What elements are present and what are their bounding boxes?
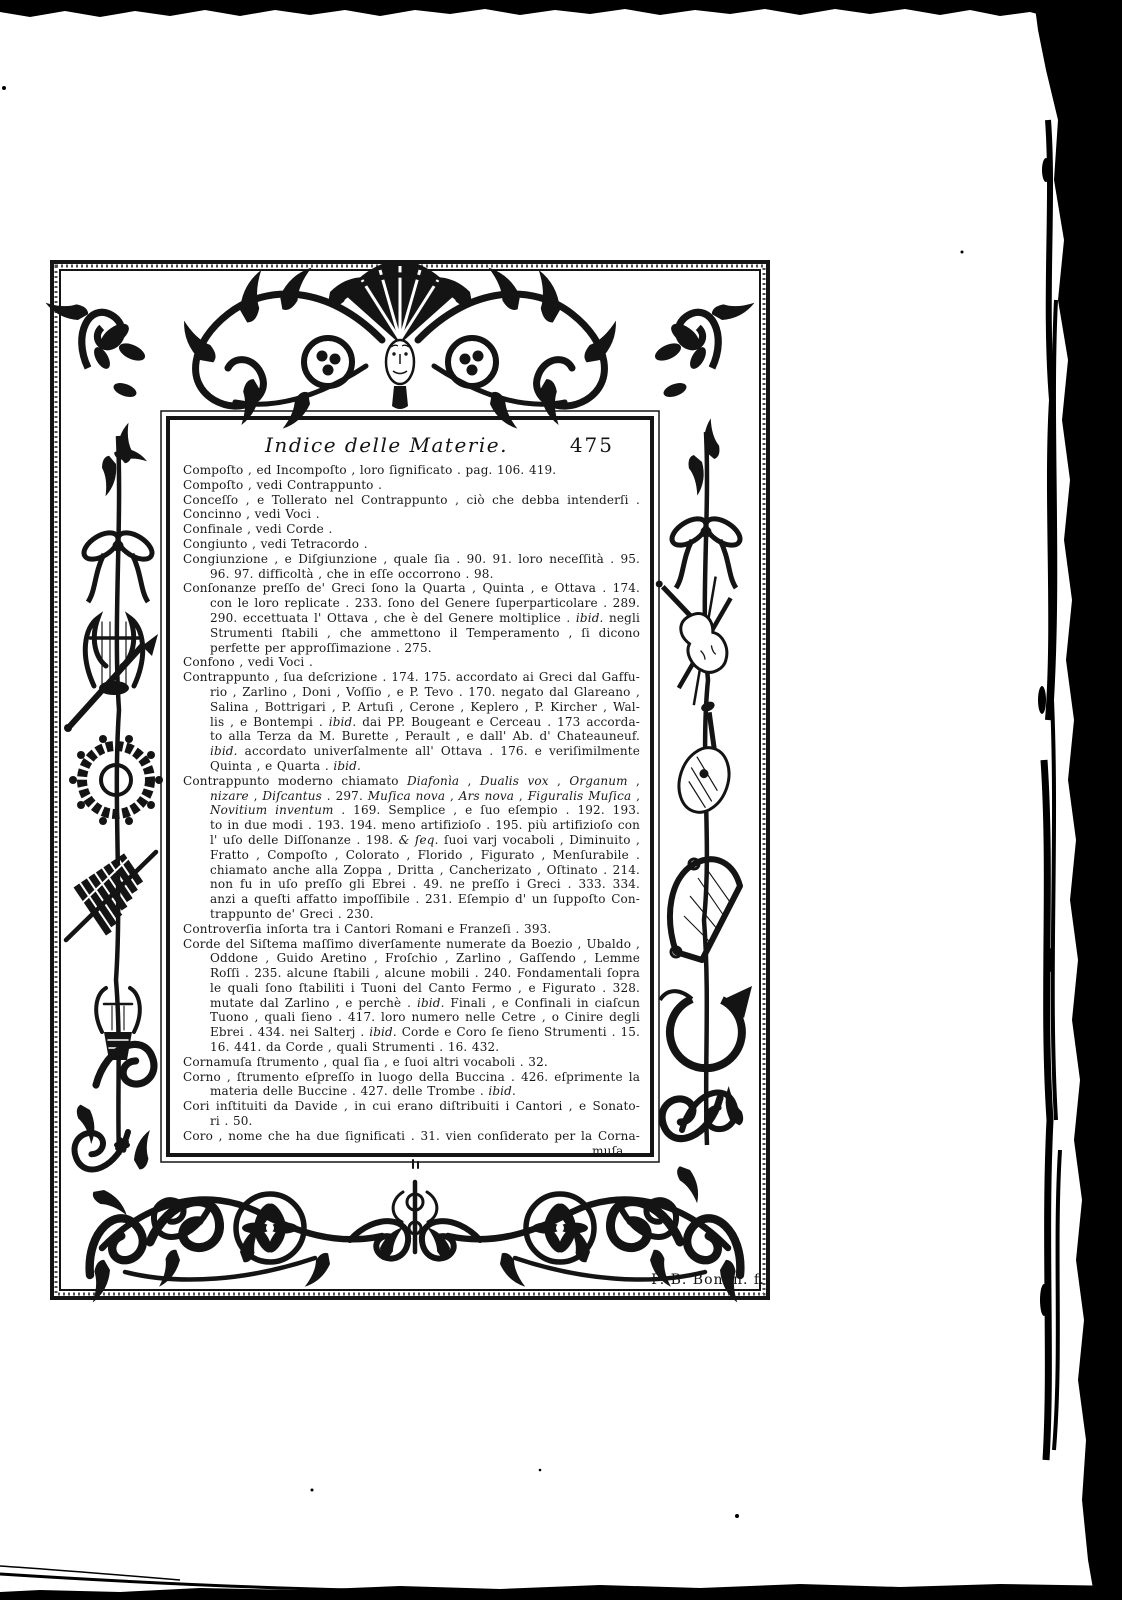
index-line: Oddone , Guido Aretino , Froſchio , Zarl… <box>183 951 640 966</box>
shell-fan-icon <box>338 260 462 344</box>
page-number: 475 <box>570 433 614 457</box>
index-line: Confono , vedi Voci . <box>183 655 640 670</box>
index-line: con le loro replicate . 233. ſono del Ge… <box>183 596 640 611</box>
index-line: non fu in uſo preſſo gli Ebrei . 49. ne … <box>183 877 640 892</box>
index-line: materia delle Buccine . 427. delle Tromb… <box>183 1084 640 1099</box>
index-line: Confinale , vedi Corde . <box>183 522 640 537</box>
index-line: Strumenti ſtabili , che ammettono il Tem… <box>183 626 640 641</box>
engraver-signature: F. B. Bonon. f. <box>600 1272 765 1288</box>
index-line: nizare , Diſcantus . 297. Muſica nova , … <box>183 789 640 804</box>
index-line: Cori inſtituiti da Davide , in cui erano… <box>183 1099 640 1114</box>
index-line: Contrappunto moderno chiamato Diafonìa ,… <box>183 774 640 789</box>
index-line: Fratto , Compoſto , Colorato , Florido ,… <box>183 848 640 863</box>
index-line: perfette per approſſimazione . 275. <box>183 641 640 656</box>
scanned-page: Indice delle Materie. 475 Compoſto , ed … <box>0 0 1122 1600</box>
index-line: to alla Terza da M. Burette , Perault , … <box>183 729 640 744</box>
index-line: Concinno , vedi Voci . <box>183 507 640 522</box>
index-line: to in due modi . 193. 194. meno artifizi… <box>183 818 640 833</box>
left-instrument-trophy <box>64 423 165 1221</box>
scan-bottom-edge <box>0 1584 1122 1600</box>
index-line: Corno , ſtrumento eſpreſſo in luogo dell… <box>183 1070 640 1085</box>
index-line: Novitium inventum . 169. Semplice , e ſu… <box>183 803 640 818</box>
mask-face-icon <box>386 340 414 409</box>
index-line: Ebrei . 434. nei Salterj . ibid. Corde e… <box>183 1025 640 1040</box>
index-line: 290. eccettuata l' Ottava , che è del Ge… <box>183 611 640 626</box>
index-line: mutate dal Zarlino , e perchè . ibid. Fi… <box>183 996 640 1011</box>
index-line: l' uſo delle Diſſonanze . 198. & ſeq. ſu… <box>183 833 640 848</box>
index-line: Conceſſo , e Tollerato nel Contrappunto … <box>183 493 640 508</box>
page-title: Indice delle Materie. <box>243 433 530 457</box>
page-header: Indice delle Materie. 475 <box>183 433 640 460</box>
index-line: le quali ſono ſtabiliti i Tuoni del Cant… <box>183 981 640 996</box>
index-line: 96. 97. difficoltà , che in eſſe occorro… <box>183 567 640 582</box>
index-line: Corde del Siſtema maſſimo diverſamente n… <box>183 937 640 952</box>
index-line: Controverſia inſorta tra i Cantori Roman… <box>183 922 640 937</box>
index-line: muſa , <box>183 1144 640 1159</box>
bottom-center-ornament <box>393 1160 437 1252</box>
index-line: Contrappunto , ſua deſcrizione . 174. 17… <box>183 670 640 685</box>
index-line: Congiunto , vedi Tetracordo . <box>183 537 640 552</box>
index-line: Compoſto , vedi Contrappunto . <box>183 478 640 493</box>
index-line: ibid. accordato univerſalmente all' Otta… <box>183 744 640 759</box>
index-line: Coro , nome che ha due ſignificati . 31.… <box>183 1129 640 1144</box>
index-line: Quinta , e Quarta . ibid. <box>183 759 640 774</box>
lute-icon <box>668 696 751 818</box>
index-line: Congiunzione , e Diſgiunzione , quale ſi… <box>183 552 640 567</box>
index-line: Roſſi . 235. alcune ſtabili , alcune mob… <box>183 966 640 981</box>
index-line: Compoſto , ed Incompoſto , loro ſignific… <box>183 463 640 478</box>
index-line: 16. 441. da Corde , quali Strumenti . 16… <box>183 1040 640 1055</box>
index-lines: Compoſto , ed Incompoſto , loro ſignific… <box>183 463 640 1158</box>
index-line: Cornamuſa ſtrumento , qual ſia , e ſuoi … <box>183 1055 640 1070</box>
index-line: anzi a queſti affatto impoſſibile . 231.… <box>183 892 640 907</box>
index-line: Salina , Bottrigari , P. Artuſi , Cerone… <box>183 700 640 715</box>
index-line: Conſonanze preſſo de' Greci ſono la Quar… <box>183 581 640 596</box>
index-line: Tuono , quali ſieno . 417. loro numero n… <box>183 1010 640 1025</box>
index-line: lis , e Bontempi . ibid. dai PP. Bougean… <box>183 715 640 730</box>
index-line: rio , Zarlino , Doni , Voſſio , e P. Tev… <box>183 685 640 700</box>
page-edge-line <box>0 1574 350 1590</box>
index-line: ri . 50. <box>183 1114 640 1129</box>
index-line: trappunto de' Greci . 230. <box>183 907 640 922</box>
index-line: chiamato anche alla Zoppa , Dritta , Can… <box>183 863 640 878</box>
index-page: Indice delle Materie. 475 Compoſto , ed … <box>183 433 640 1158</box>
scan-top-edge <box>0 0 1122 20</box>
